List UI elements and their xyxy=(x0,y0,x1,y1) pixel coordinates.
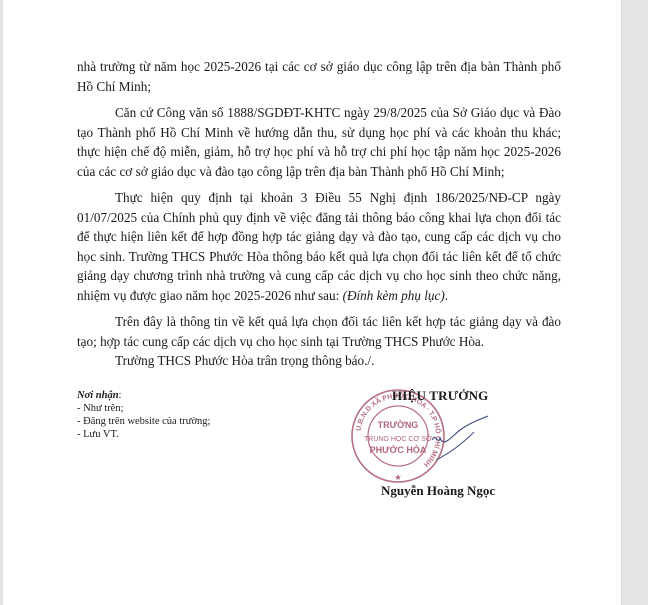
signature-title: HIỆU TRƯỞNG xyxy=(392,388,488,404)
signer-name: Nguyễn Hoàng Ngọc xyxy=(381,483,495,499)
attachment-note: (Đính kèm phụ lục) xyxy=(343,288,445,303)
document-body: nhà trường từ năm học 2025-2026 tại các … xyxy=(77,57,561,371)
paragraph-closing: Trường THCS Phước Hòa trân trọng thông b… xyxy=(77,351,561,371)
recipient-item: - Đăng trên website của trường; xyxy=(77,415,210,428)
signature-icon xyxy=(430,410,490,470)
paragraph-implementation: Thực hiện quy định tại khoản 3 Điều 55 N… xyxy=(77,188,561,305)
svg-text:TRUNG HỌC CƠ SỞ: TRUNG HỌC CƠ SỞ xyxy=(364,434,432,443)
recipients-title: Nơi nhận xyxy=(77,390,119,401)
svg-text:TRƯỜNG: TRƯỜNG xyxy=(378,419,419,430)
recipient-item: - Như trên; xyxy=(77,402,210,415)
paragraph-continuation: nhà trường từ năm học 2025-2026 tại các … xyxy=(77,57,561,96)
svg-text:PHƯỚC HÒA: PHƯỚC HÒA xyxy=(370,444,427,455)
paragraph-end: . xyxy=(445,288,448,303)
svg-text:★: ★ xyxy=(394,473,401,482)
paragraph-conclusion: Trên đây là thông tin về kết quả lựa chọ… xyxy=(77,312,561,351)
recipients-colon: : xyxy=(119,390,122,401)
paragraph-legal-basis: Căn cứ Công văn số 1888/SGDĐT-KHTC ngày … xyxy=(77,103,561,181)
paragraph-implementation-text: Thực hiện quy định tại khoản 3 Điều 55 N… xyxy=(77,190,561,303)
scrollbar-track[interactable] xyxy=(621,0,648,605)
document-viewer: nhà trường từ năm học 2025-2026 tại các … xyxy=(0,0,648,605)
recipient-item: - Lưu VT. xyxy=(77,428,210,441)
recipients-block: Nơi nhận: - Như trên; - Đăng trên websit… xyxy=(77,389,210,441)
